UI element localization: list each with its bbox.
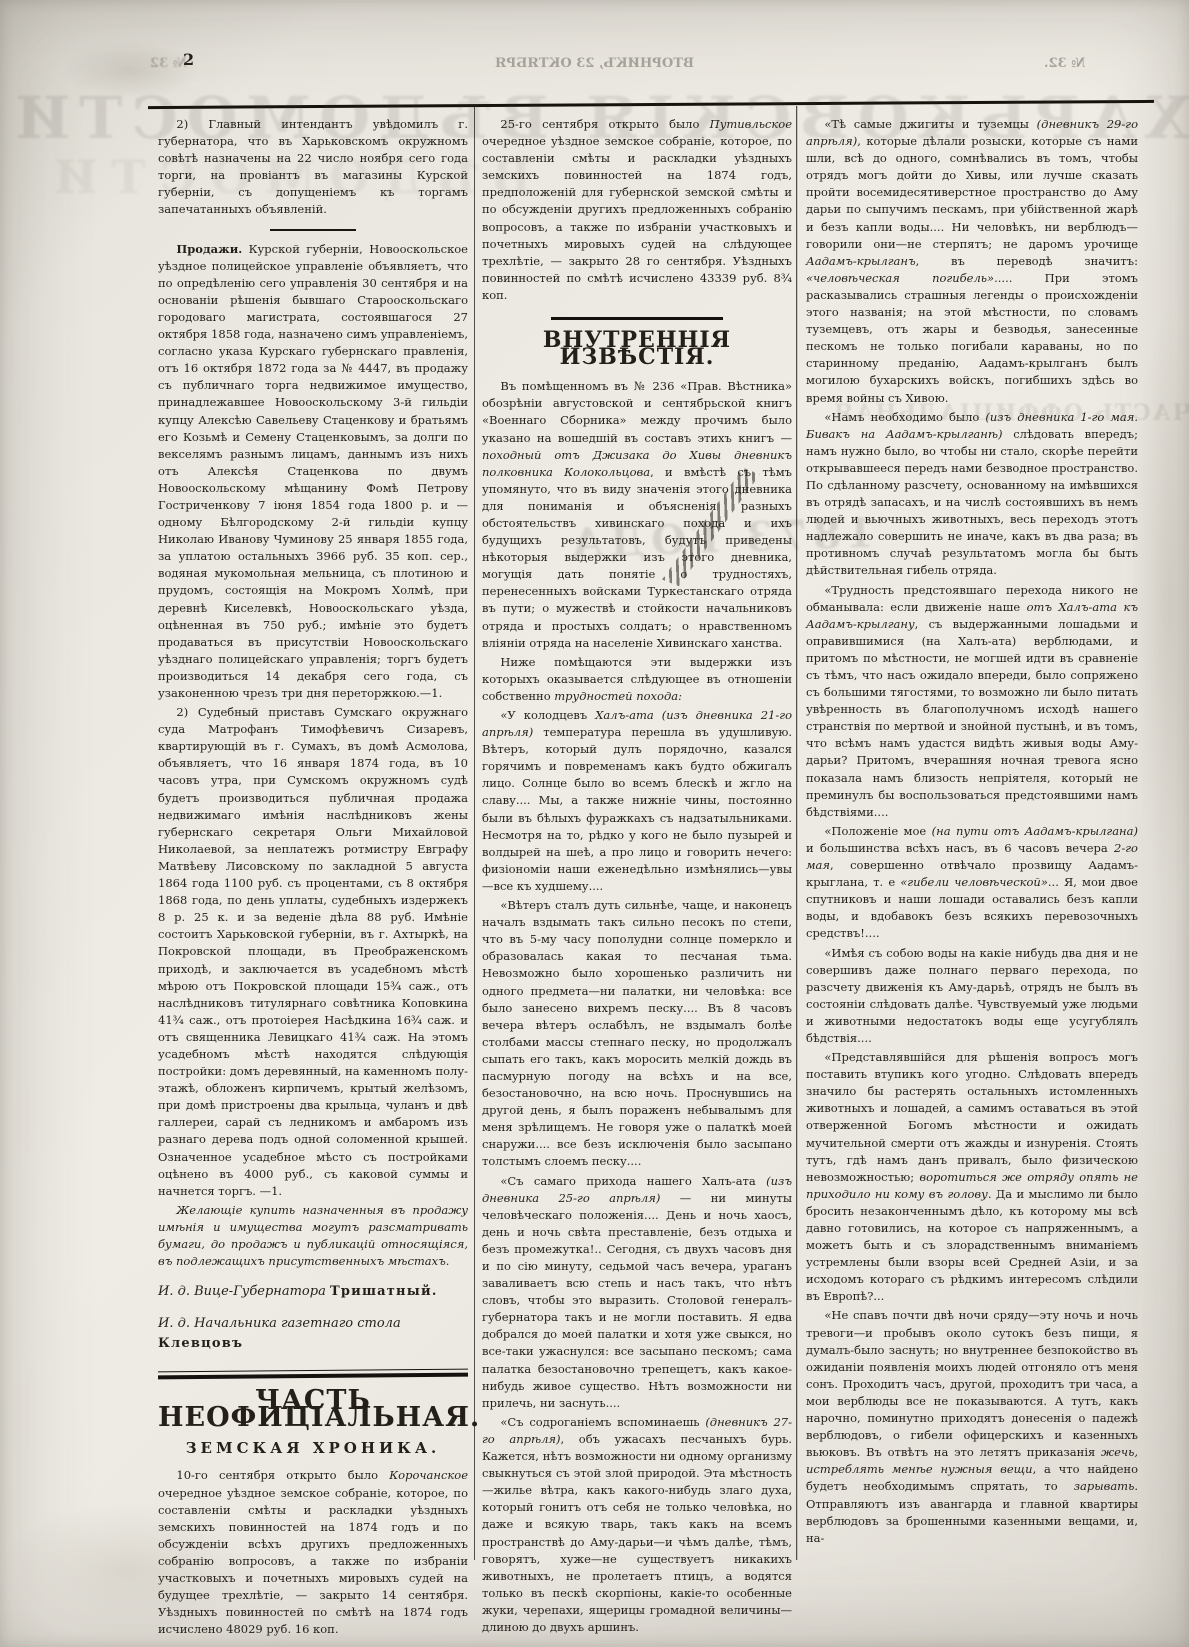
article-paragraph: «Съ содроганіемъ вспоминаешь (дневникъ 2… (482, 1414, 792, 1636)
text-run: Клевцовъ (158, 1336, 243, 1351)
text-run: Продажи. (176, 242, 242, 256)
section-heading-chronicle: ЗЕМСКАЯ ХРОНИКА. (158, 1440, 468, 1457)
text-run: и большинства всѣхъ насъ, въ 6 часовъ ве… (806, 841, 1114, 855)
ghost-issue-number: № 32. (1044, 56, 1085, 71)
text-run: Путивльское (710, 117, 792, 131)
ghost-issue-number-left: № 32 (150, 56, 187, 71)
text-run: «Положеніе мое (824, 824, 931, 838)
article-paragraph: «Положеніе мое (на пути отъ Аадамъ-крылг… (806, 823, 1138, 943)
text-run: Курской губерніи, Новооскольское уѣздное… (158, 242, 468, 700)
text-run: слѣдовать впередъ; намъ нужно было, во ч… (806, 427, 1138, 578)
text-run: . Да и мыслимо ли было бросить незаконче… (806, 1187, 1138, 1304)
text-run: «Намъ необходимо было (824, 410, 985, 424)
article-paragraph: 2) Судебный приставъ Сумскаго окружнаго … (158, 704, 468, 1200)
column-1: 2) Главный интендантъ увѣдомилъ г. губер… (158, 116, 468, 1638)
paper-smudge (60, 40, 200, 100)
text-run: , и вмѣстѣ съ тѣмъ упомянуто, что въ вид… (482, 465, 792, 650)
article-paragraph: «Трудность предстоявшаго перехода никого… (806, 582, 1138, 821)
article-paragraph: «Имѣя съ собою воды на какіе нибудь два … (806, 945, 1138, 1048)
header-rule (148, 100, 1154, 109)
article-paragraph: 2) Главный интендантъ увѣдомилъ г. губер… (158, 116, 468, 219)
divider-rule (270, 229, 356, 231)
text-run: 25-го сентября открыто было (500, 117, 709, 131)
notice-paragraph: Желающіе купить назначенныя въ продажу и… (158, 1202, 468, 1270)
text-run: «У колодцевъ (500, 708, 595, 722)
text-run: , съ выдержанными лошадьми и оправившими… (806, 617, 1138, 819)
column-divider-2 (796, 106, 797, 1560)
text-run: ..... При этомъ расказывались страшныя л… (806, 271, 1138, 405)
article-paragraph: 10-го сентября открыто было Корочанское … (158, 1467, 468, 1638)
text-run: , объ ужасахъ песчаныхъ бурь. Кажется, н… (482, 1432, 792, 1634)
text-run: температура перешла въ удушливую. Вѣтеръ… (482, 725, 792, 893)
text-run: , которые дѣлали розыски, которые съ нам… (806, 134, 1138, 251)
article-paragraph: «Вѣтеръ сталъ дуть сильнѣе, чаще, и нако… (482, 897, 792, 1171)
article-paragraph: Въ помѣщенномъ въ № 236 «Прав. Вѣстника»… (482, 378, 792, 652)
text-run: «Съ самаго прихода нашего Халъ-ата (500, 1174, 766, 1188)
text-run: Тришатный. (330, 1284, 438, 1299)
text-run: И. д. Вице-Губернатора (158, 1284, 330, 1299)
text-run: (на пути отъ Аадамъ-крылгана) (932, 824, 1138, 838)
newspaper-page: ВТОРНИКЪ, 23 ОКТЯБРЯ № 32. № 32 2 ХАРЬКО… (0, 0, 1189, 1647)
text-run: Аадамъ-крылганъ (806, 254, 916, 268)
text-run: «человѣческая погибель» (806, 271, 994, 285)
text-run: «гибели человѣческой» (900, 875, 1048, 889)
text-run: «Не спавъ почти двѣ ночи сряду—эту ночь … (806, 1308, 1138, 1459)
section-heading-news: ВНУТРЕННІЯ ИЗВѢСТІЯ. (482, 332, 792, 366)
ghost-weekday-date: ВТОРНИКЪ, 23 ОКТЯБРЯ (0, 56, 1189, 71)
article-paragraph: «Не спавъ почти двѣ ночи сряду—эту ночь … (806, 1307, 1138, 1546)
article-paragraph: «Тѣ самые джигиты и туземцы (дневникъ 29… (806, 116, 1138, 407)
text-run: «Тѣ самые джигиты и туземцы (824, 117, 1036, 131)
text-run: И. д. Начальника газетнаго стола (158, 1316, 401, 1331)
text-run: Корочанское (389, 1468, 468, 1482)
divider-rule (551, 317, 723, 320)
text-run: очередное уѣздное земское собраніе, кото… (482, 134, 792, 302)
divider-rule-thick (158, 1369, 468, 1380)
article-paragraph: «Представлявшійся для рѣшенія вопросъ мо… (806, 1049, 1138, 1305)
article-paragraph: Продажи. Курской губерніи, Новооскольско… (158, 241, 468, 703)
section-heading-part: ЧАСТЬ НЕОФИЦІАЛЬНАЯ. (158, 1392, 468, 1426)
text-run: — ни минуты человѣческаго положенія.... … (482, 1191, 792, 1410)
article-paragraph: «Съ самаго прихода нашего Халъ-ата (изъ … (482, 1173, 792, 1412)
text-run: , въ переводѣ значитъ: (916, 254, 1138, 268)
page-number: 2 (183, 50, 194, 69)
text-run: зарывать (1074, 1479, 1135, 1493)
signature-line: И. д. Вице-Губернатора Тришатный. (158, 1282, 468, 1302)
article-paragraph: Ниже помѣщаются эти выдержки изъ которых… (482, 654, 792, 705)
text-run: трудностей похода: (554, 689, 682, 703)
text-run: Въ помѣщенномъ въ № 236 «Прав. Вѣстника»… (482, 379, 792, 444)
column-2: 25-го сентября открыто было Путивльское … (482, 116, 792, 1636)
text-run: 10-го сентября открыто было (176, 1468, 389, 1482)
column-divider-1 (474, 106, 475, 1560)
article-paragraph: «У колодцевъ Халъ-ата (изъ дневника 21-г… (482, 707, 792, 895)
article-paragraph: 25-го сентября открыто было Путивльское … (482, 116, 792, 304)
text-run: «Съ содроганіемъ вспоминаешь (500, 1415, 705, 1429)
signature-line: И. д. Начальника газетнаго стола Клевцов… (158, 1314, 468, 1354)
text-run: «Представлявшійся для рѣшенія вопросъ мо… (806, 1050, 1138, 1184)
column-3: «Тѣ самые джигиты и туземцы (дневникъ 29… (806, 116, 1138, 1547)
paper-smudge (1130, 300, 1189, 900)
article-paragraph: «Намъ необходимо было (изъ дневника 1-го… (806, 409, 1138, 580)
text-run: очередное уѣздное земское собраніе, кото… (158, 1486, 468, 1637)
